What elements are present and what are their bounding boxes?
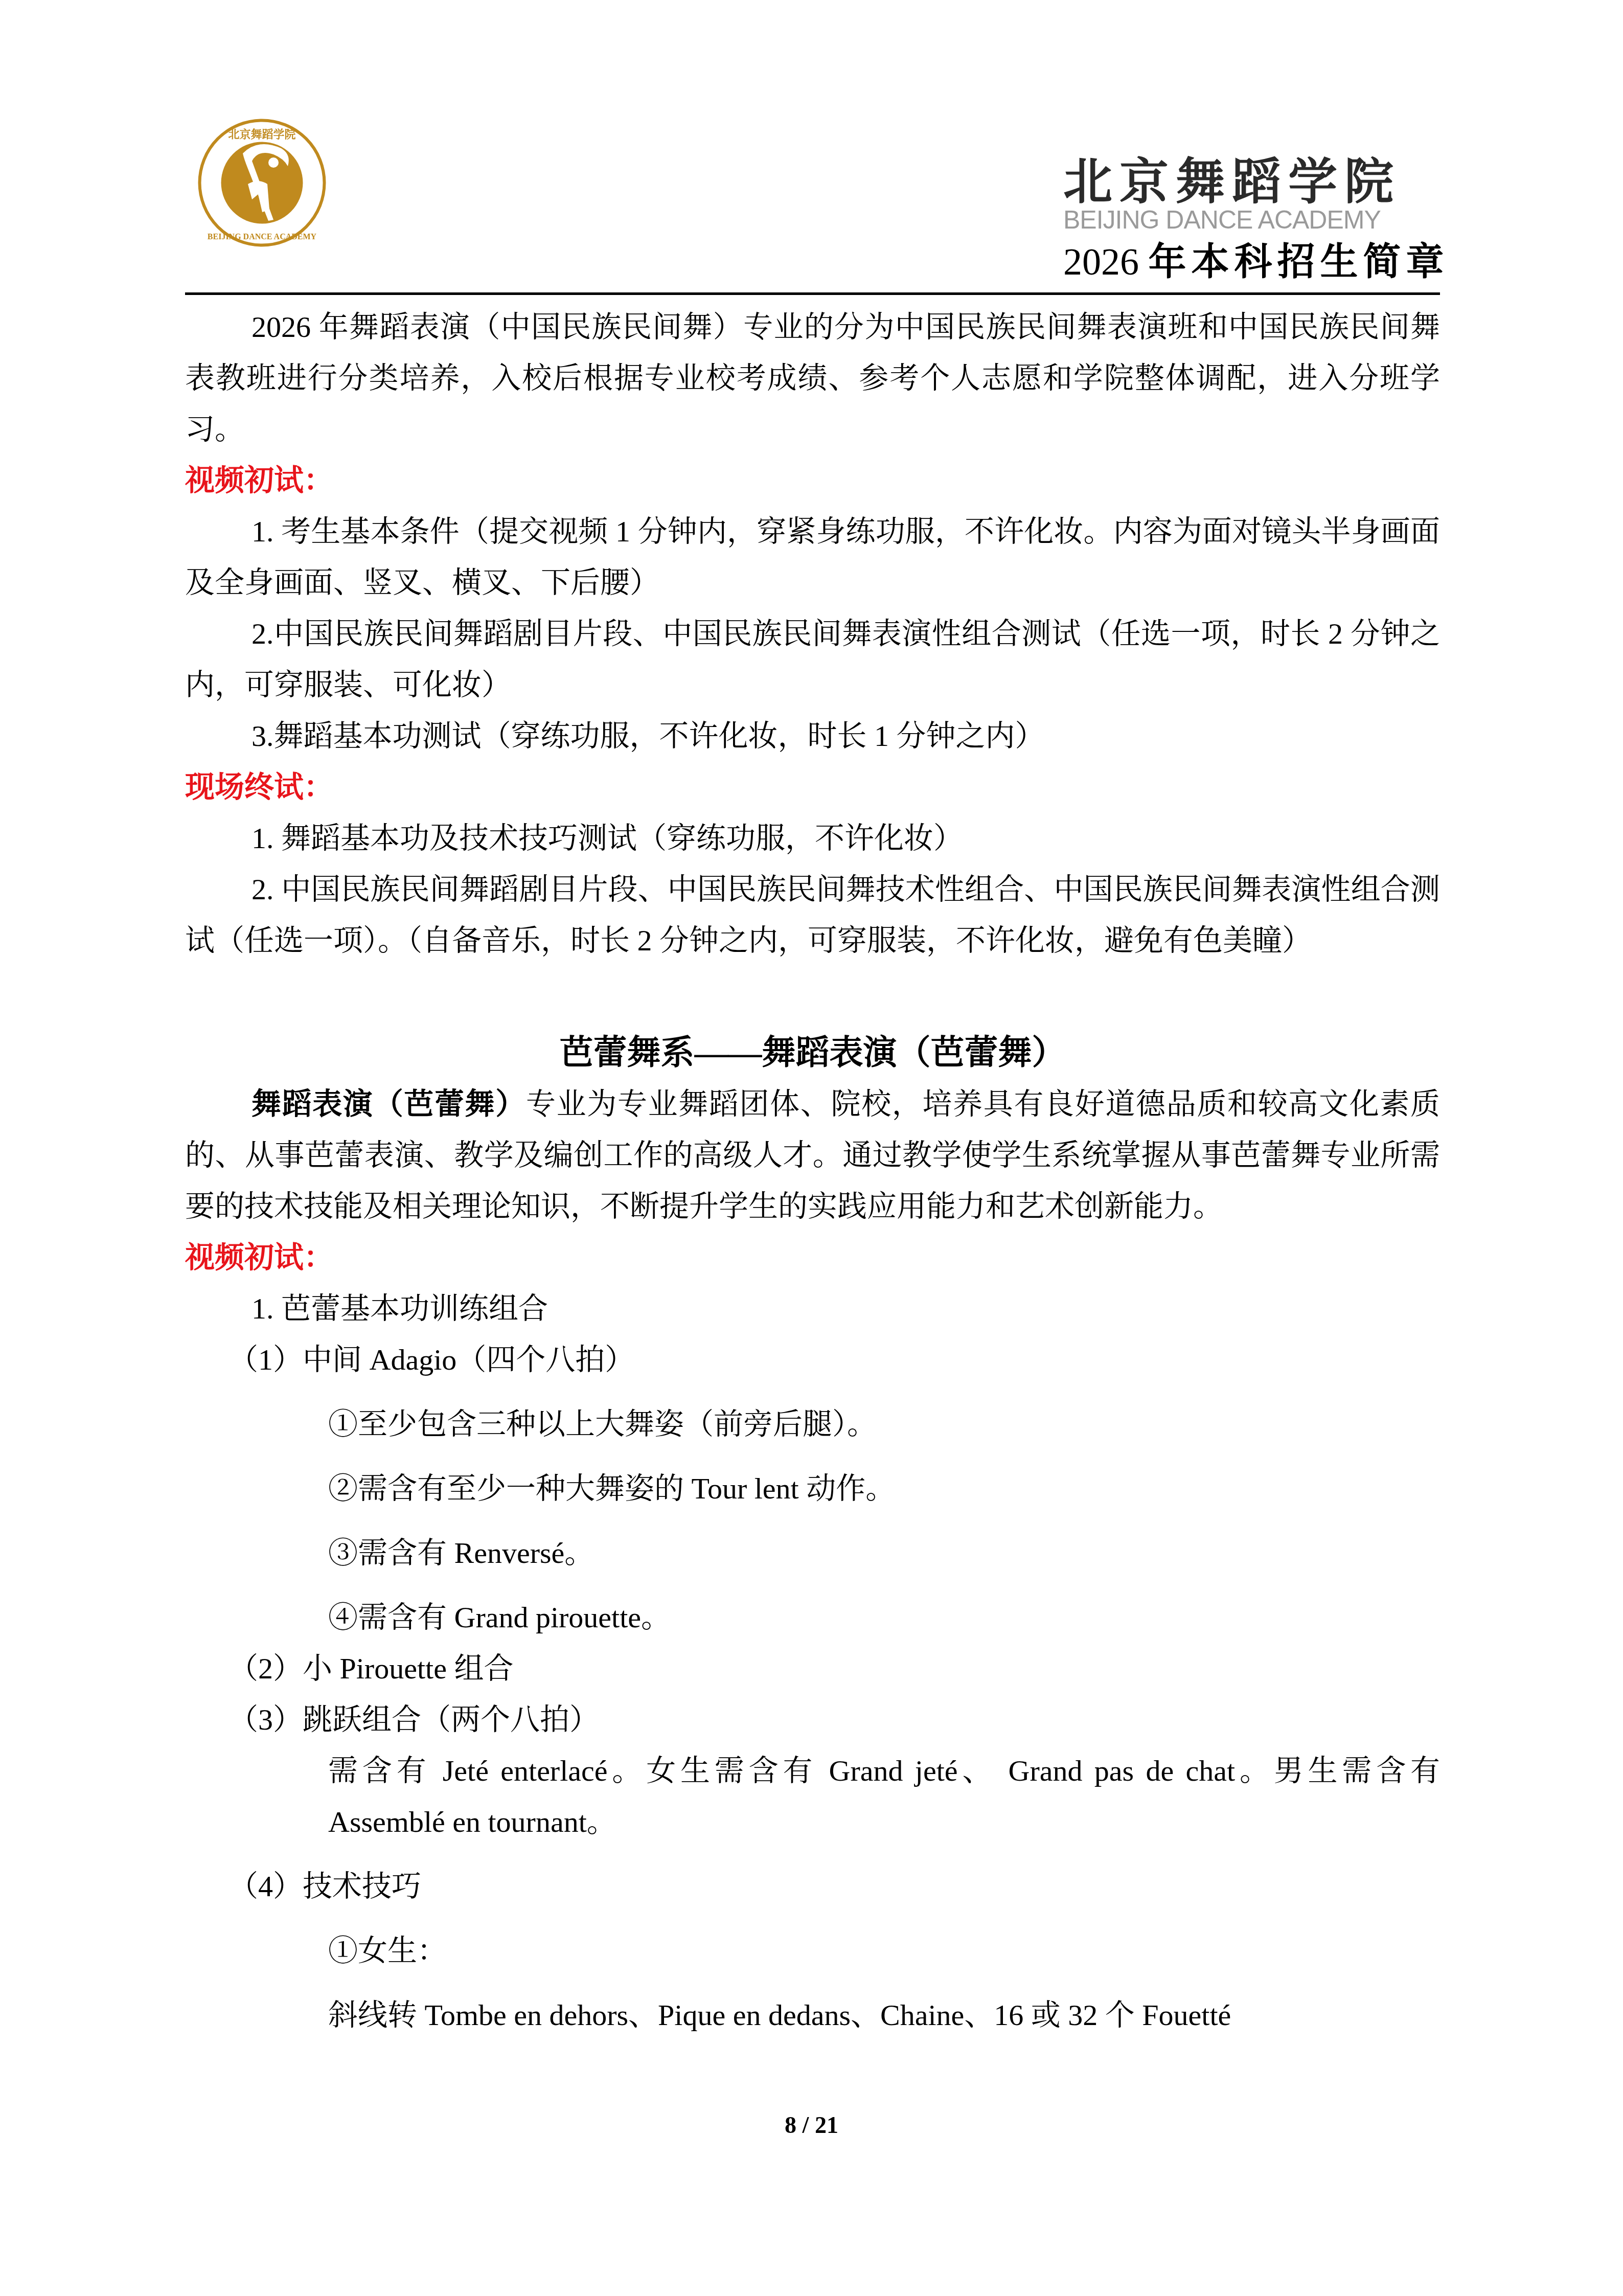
document-body: 2026 年舞蹈表演（中国民族民间舞）专业的分为中国民族民间舞表演班和中国民族民… <box>185 302 1440 2041</box>
folk-video-item-3: 3.舞蹈基本功测试（穿练功服，不许化妆，时长 1 分钟之内） <box>185 711 1440 762</box>
ballet-sub-3: （3）跳跃组合（两个八拍） <box>185 1694 1440 1745</box>
svg-text:BEIJING DANCE ACADEMY: BEIJING DANCE ACADEMY <box>208 233 317 241</box>
document-page: 北京舞蹈学院 BEIJING DANCE ACADEMY 北京舞蹈学院 BEIJ… <box>0 0 1623 2296</box>
ballet-sub1-point-4: ④需含有 Grand pirouette。 <box>185 1592 1440 1643</box>
brand-name-cn: 北京舞蹈学院 <box>1063 153 1472 210</box>
ballet-sub4-female-text: 斜线转 Tombe en dehors、Pique en dedans、Chai… <box>185 1990 1440 2041</box>
ballet-sub-2: （2）小 Pirouette 组合 <box>185 1643 1440 1694</box>
document-year: 2026 <box>1063 241 1139 283</box>
ballet-sub4-female: ①女生： <box>185 1925 1440 1976</box>
ballet-sub3-text: 需含有 Jeté enterlacé。女生需含有 Grand jeté、 Gra… <box>185 1745 1440 1848</box>
academy-logo: 北京舞蹈学院 BEIJING DANCE ACADEMY <box>197 118 327 248</box>
svg-text:北京舞蹈学院: 北京舞蹈学院 <box>228 128 295 141</box>
document-subtitle: 年本科招生简章 <box>1149 240 1449 284</box>
folk-video-item-2: 2.中国民族民间舞蹈剧目片段、中国民族民间舞表演性组合测试（任选一项，时长 2 … <box>185 608 1440 711</box>
folk-intro-paragraph: 2026 年舞蹈表演（中国民族民间舞）专业的分为中国民族民间舞表演班和中国民族民… <box>185 302 1440 455</box>
header-divider <box>185 292 1440 295</box>
brand-block: 北京舞蹈学院 BEIJING DANCE ACADEMY 2026 年本科招生简… <box>1063 153 1472 287</box>
ballet-section-title: 芭蕾舞系——舞蹈表演（芭蕾舞） <box>185 1028 1440 1079</box>
folk-video-item-1: 1. 考生基本条件（提交视频 1 分钟内，穿紧身练功服，不许化妆。内容为面对镜头… <box>185 506 1440 608</box>
ballet-sub1-point-1: ①至少包含三种以上大舞姿（前旁后腿）。 <box>185 1399 1440 1450</box>
academy-seal-icon: 北京舞蹈学院 BEIJING DANCE ACADEMY <box>197 118 327 248</box>
ballet-video-heading: 视频初试： <box>185 1232 1440 1283</box>
ballet-item-1: 1. 芭蕾基本功训练组合 <box>185 1283 1440 1334</box>
ballet-intro-paragraph: 舞蹈表演（芭蕾舞）专业为专业舞蹈团体、院校，培养具有良好道德品质和较高文化素质的… <box>185 1079 1440 1232</box>
brand-name-en: BEIJING DANCE ACADEMY <box>1063 207 1472 233</box>
ballet-sub-4: （4）技术技巧 <box>185 1861 1440 1912</box>
folk-final-heading: 现场终试： <box>185 762 1440 813</box>
folk-final-item-2: 2. 中国民族民间舞蹈剧目片段、中国民族民间舞技术性组合、中国民族民间舞表演性组… <box>185 864 1440 966</box>
ballet-sub1-point-2: ②需含有至少一种大舞姿的 Tour lent 动作。 <box>185 1463 1440 1514</box>
document-title: 2026 年本科招生简章 <box>1063 237 1472 287</box>
folk-video-heading: 视频初试： <box>185 455 1440 506</box>
ballet-sub1-point-3: ③需含有 Renversé。 <box>185 1528 1440 1579</box>
ballet-intro-lead: 舞蹈表演（芭蕾舞） <box>252 1087 526 1121</box>
section-spacer <box>185 966 1440 1028</box>
ballet-sub-1: （1）中间 Adagio（四个八拍） <box>185 1334 1440 1385</box>
page-number: 8 / 21 <box>0 2111 1623 2139</box>
folk-final-item-1: 1. 舞蹈基本功及技术技巧测试（穿练功服，不许化妆） <box>185 813 1440 864</box>
